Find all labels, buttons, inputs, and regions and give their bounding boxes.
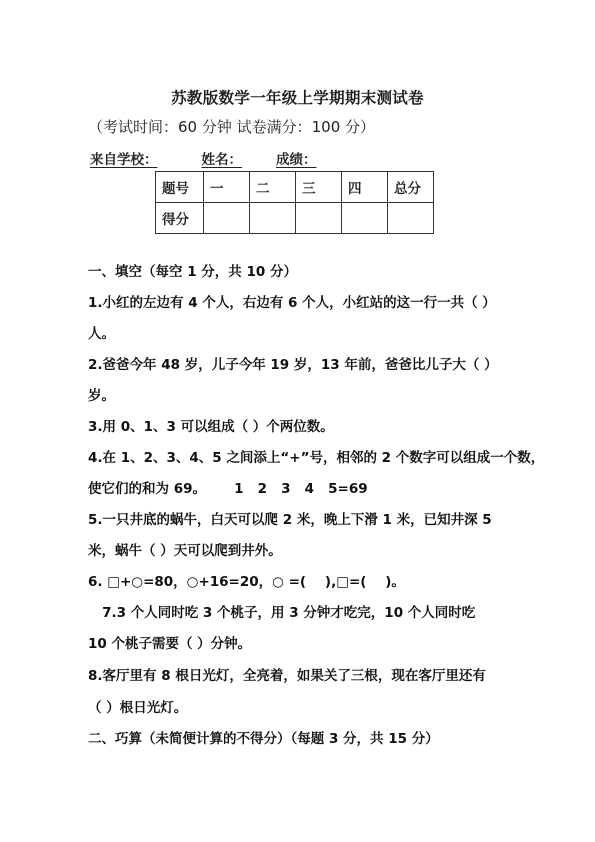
- table-cell: 三: [296, 172, 342, 203]
- name-label: 姓名：: [202, 152, 243, 168]
- score-table: 题号 一 二 三 四 总分 得分: [155, 171, 434, 234]
- section-heading-fill-blank: 一、填空（每空 1 分，共 10 分）: [88, 260, 297, 280]
- name-blank: [242, 152, 276, 168]
- question-line: 3.用 0、1、3 可以组成（ ）个两位数。: [88, 415, 334, 435]
- table-cell: 得分: [156, 203, 204, 234]
- question-line: 4.在 1、2、3、4、5 之间添上“+”号，相邻的 2 个数字可以组成一个数，: [88, 446, 544, 466]
- table-cell: 二: [250, 172, 296, 203]
- question-line: 8.客厅里有 8 根日光灯，全亮着，如果关了三根，现在客厅里还有: [88, 664, 486, 684]
- question-line: 6. □+○=80，○+16=20，○ =( ),□=( )。: [88, 570, 405, 590]
- table-cell: [342, 203, 388, 234]
- question-line: 1.小红的左边有 4 个人，右边有 6 个人，小红站的这一行一共（ ）: [88, 291, 496, 311]
- question-line: 米，蜗牛（ ）天可以爬到井外。: [88, 539, 282, 559]
- page-title: 苏教版数学一年级上学期期末测试卷: [0, 86, 595, 108]
- table-cell: 四: [342, 172, 388, 203]
- question-line: （ ）根日光灯。: [88, 696, 187, 716]
- question-line: 7.3 个人同时吃 3 个桃子，用 3 分钟才吃完，10 个人同时吃: [88, 601, 475, 621]
- table-cell: 题号: [156, 172, 204, 203]
- table-row-score: 得分: [156, 203, 434, 234]
- table-cell: [388, 203, 434, 234]
- question-line: 10 个桃子需要（ ）分钟。: [88, 632, 251, 652]
- table-cell: [296, 203, 342, 234]
- table-cell: 一: [204, 172, 250, 203]
- table-cell: 总分: [388, 172, 434, 203]
- exam-info-subtitle: （考试时间：60 分钟 试卷满分：100 分）: [88, 116, 375, 137]
- table-cell: [204, 203, 250, 234]
- question-line: 使它们的和为 69。 1 2 3 4 5=69: [88, 477, 368, 497]
- section-heading-clever-calc: 二、巧算（未简便计算的不得分）（每题 3 分，共 15 分）: [88, 727, 439, 747]
- school-blank: [158, 152, 202, 168]
- score-blank: [317, 152, 373, 168]
- question-line: 人。: [88, 322, 115, 342]
- table-cell: [250, 203, 296, 234]
- question-line: 岁。: [88, 384, 115, 404]
- student-info-line: 来自学校： 姓名： 成绩：: [90, 148, 373, 168]
- question-line: 5.一只井底的蜗牛，白天可以爬 2 米，晚上下滑 1 米，已知井深 5: [88, 508, 492, 528]
- score-label: 成绩：: [276, 152, 317, 168]
- school-label: 来自学校：: [90, 152, 158, 168]
- question-line: 2.爸爸今年 48 岁，儿子今年 19 岁，13 年前，爸爸比儿子大（ ）: [88, 353, 498, 373]
- table-row-question-number: 题号 一 二 三 四 总分: [156, 172, 434, 203]
